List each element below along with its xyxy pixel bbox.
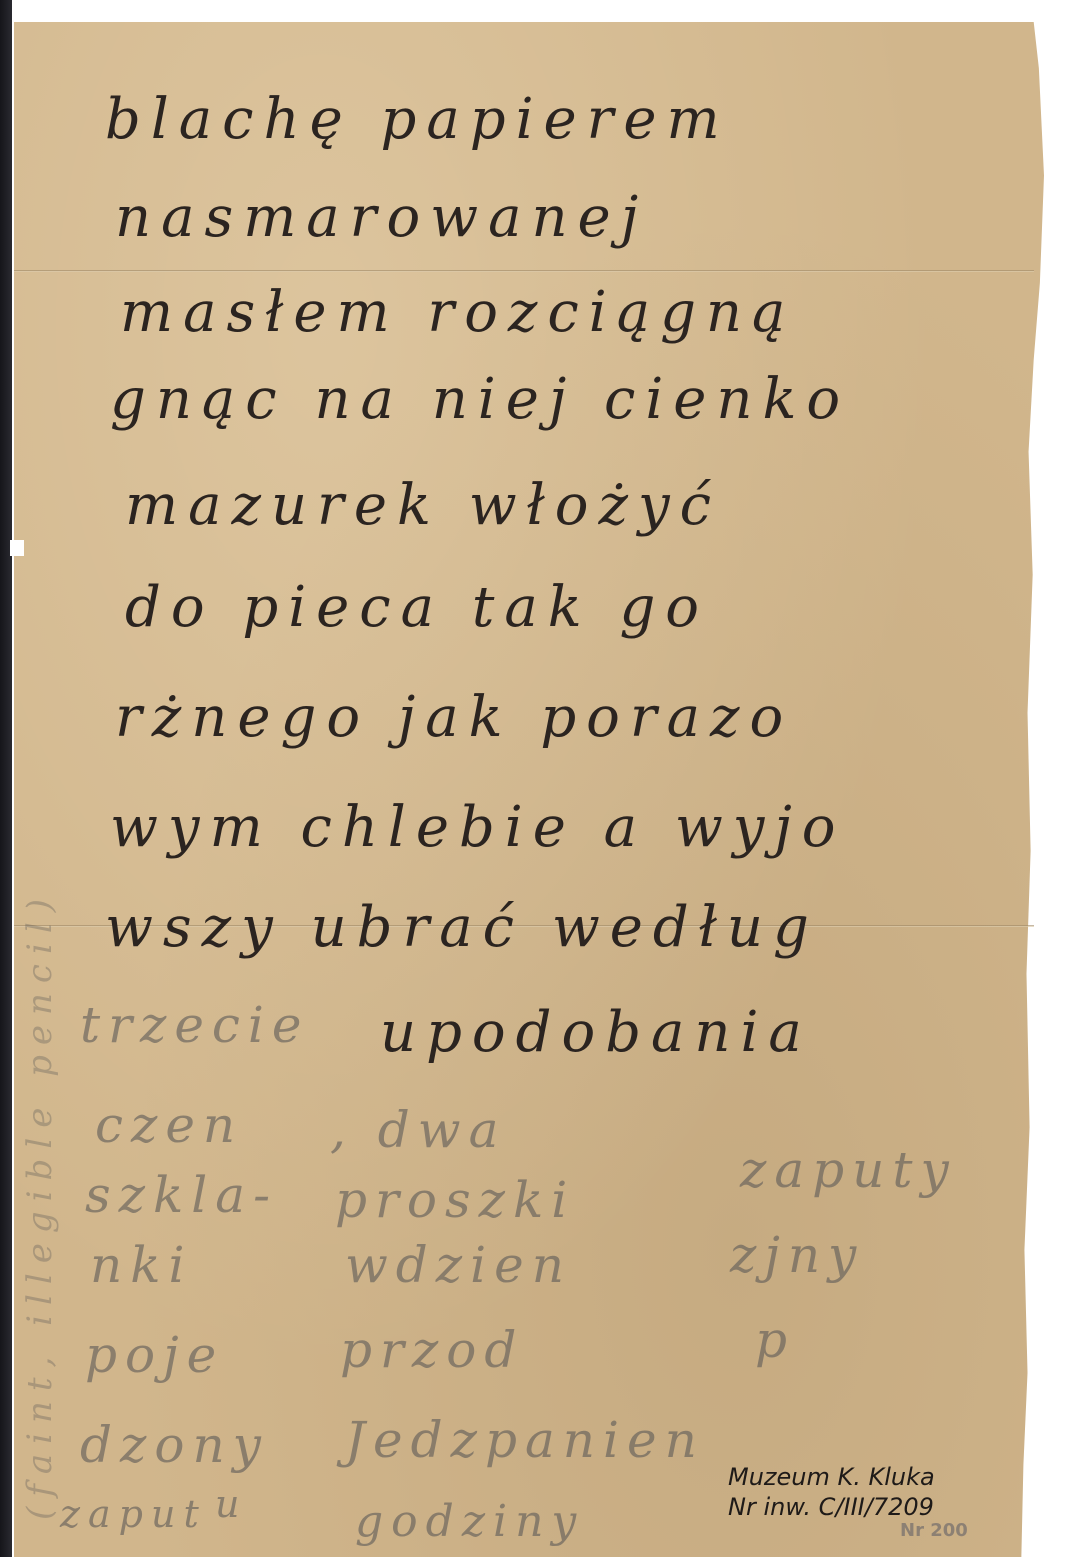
pencil-right-3: p (755, 1315, 795, 1365)
pencil-middle-2: proszki (335, 1175, 575, 1225)
pencil-right-2: zjny (730, 1230, 864, 1280)
inventory-sub-number: Nr 200 (900, 1520, 968, 1541)
pencil-middle-1: , dwa (330, 1105, 506, 1155)
pencil-left-4: nki (90, 1240, 193, 1290)
ink-line-9: wszy ubrać według (105, 900, 819, 956)
ink-line-6: do pieca tak go (125, 580, 709, 636)
pencil-left-6: dzony (80, 1420, 269, 1470)
pencil-between: u (215, 1485, 247, 1523)
ink-line-3: masłem rozciągną (120, 285, 795, 341)
scanner-edge-strip (0, 0, 12, 1557)
ink-line-10: upodobania (380, 1005, 812, 1061)
pencil-right-1: zaputy (740, 1145, 957, 1195)
ink-line-2: nasmarowanej (115, 190, 648, 246)
pencil-left-7: zaput (60, 1495, 207, 1533)
pencil-left-3: szkla- (85, 1170, 278, 1220)
ink-line-1: blachę papierem (105, 92, 730, 148)
pencil-left-5: poje (85, 1330, 224, 1380)
paper-tear-notch (10, 540, 24, 556)
pencil-left-2: czen (95, 1100, 243, 1150)
margin-vertical-pencil: (faint, illegible pencil) (20, 889, 60, 1520)
museum-name: Muzeum K. Kluka (728, 1462, 935, 1492)
fold-crease-top (14, 270, 1034, 272)
inventory-number: Nr inw. C/III/7209 (728, 1492, 935, 1522)
museum-inventory-label: Muzeum K. Kluka Nr inw. C/III/7209 (728, 1462, 935, 1522)
ink-line-5: mazurek włożyć (125, 478, 721, 534)
pencil-left-1: trzecie (80, 1000, 310, 1050)
pencil-middle-3: wdzien (345, 1240, 572, 1290)
ink-line-4: gnąc na niej cienko (110, 372, 850, 428)
ink-line-7: rżnego jak porazo (115, 690, 793, 746)
pencil-middle-6: godziny (355, 1500, 584, 1544)
pencil-middle-4: przod (340, 1325, 524, 1375)
pencil-middle-5: Jedzpanien (345, 1415, 705, 1465)
ink-line-8: wym chlebie a wyjo (110, 800, 846, 856)
